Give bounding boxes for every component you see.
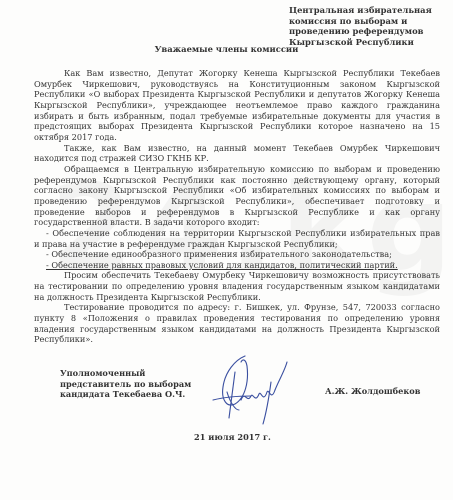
signature-block: Уполномоченный представитель по выборам … xyxy=(60,368,191,400)
paragraph: Как Вам известно, Депутат Жогорку Кенеша… xyxy=(34,68,440,143)
paragraph: Просим обеспечить Текебаеву Омурбеку Чир… xyxy=(34,270,440,302)
document-date: 21 июля 2017 г. xyxy=(194,432,271,442)
paragraph: Также, как Вам известно, на данный момен… xyxy=(34,143,440,164)
addressee-line: Центральная избирательная xyxy=(289,5,449,16)
letter-body: Как Вам известно, Депутат Жогорку Кенеша… xyxy=(34,68,440,345)
addressee-line: комиссия по выборам и xyxy=(289,16,449,27)
salutation: Уважаемые члены комиссии xyxy=(0,44,453,54)
handwritten-signature-icon xyxy=(205,352,295,432)
bullet-item: - Обеспечение соблюдения на территории К… xyxy=(34,228,440,249)
signature-title-line: кандидата Текебаева О.Ч. xyxy=(60,389,191,400)
paragraph: Тестирование проводится по адресу: г. Би… xyxy=(34,302,440,345)
bullet-text-underlined: - Обеспечение равных правовых условий дл… xyxy=(46,260,398,270)
addressee-block: Центральная избирательная комиссия по вы… xyxy=(289,5,449,47)
addressee-line: проведению референдумов xyxy=(289,26,449,37)
signer-name: А.Ж. Жолдошбеков xyxy=(325,386,420,396)
document-page: 24.kg Центральная избирательная комиссия… xyxy=(0,0,453,500)
signature-title-line: Уполномоченный xyxy=(60,368,191,379)
bullet-item: - Обеспечение равных правовых условий дл… xyxy=(34,260,440,271)
signature-title-line: представитель по выборам xyxy=(60,379,191,390)
paragraph: Обращаемся в Центральную избирательную к… xyxy=(34,164,440,228)
bullet-item: - Обеспечение единообразного применения … xyxy=(34,249,440,260)
